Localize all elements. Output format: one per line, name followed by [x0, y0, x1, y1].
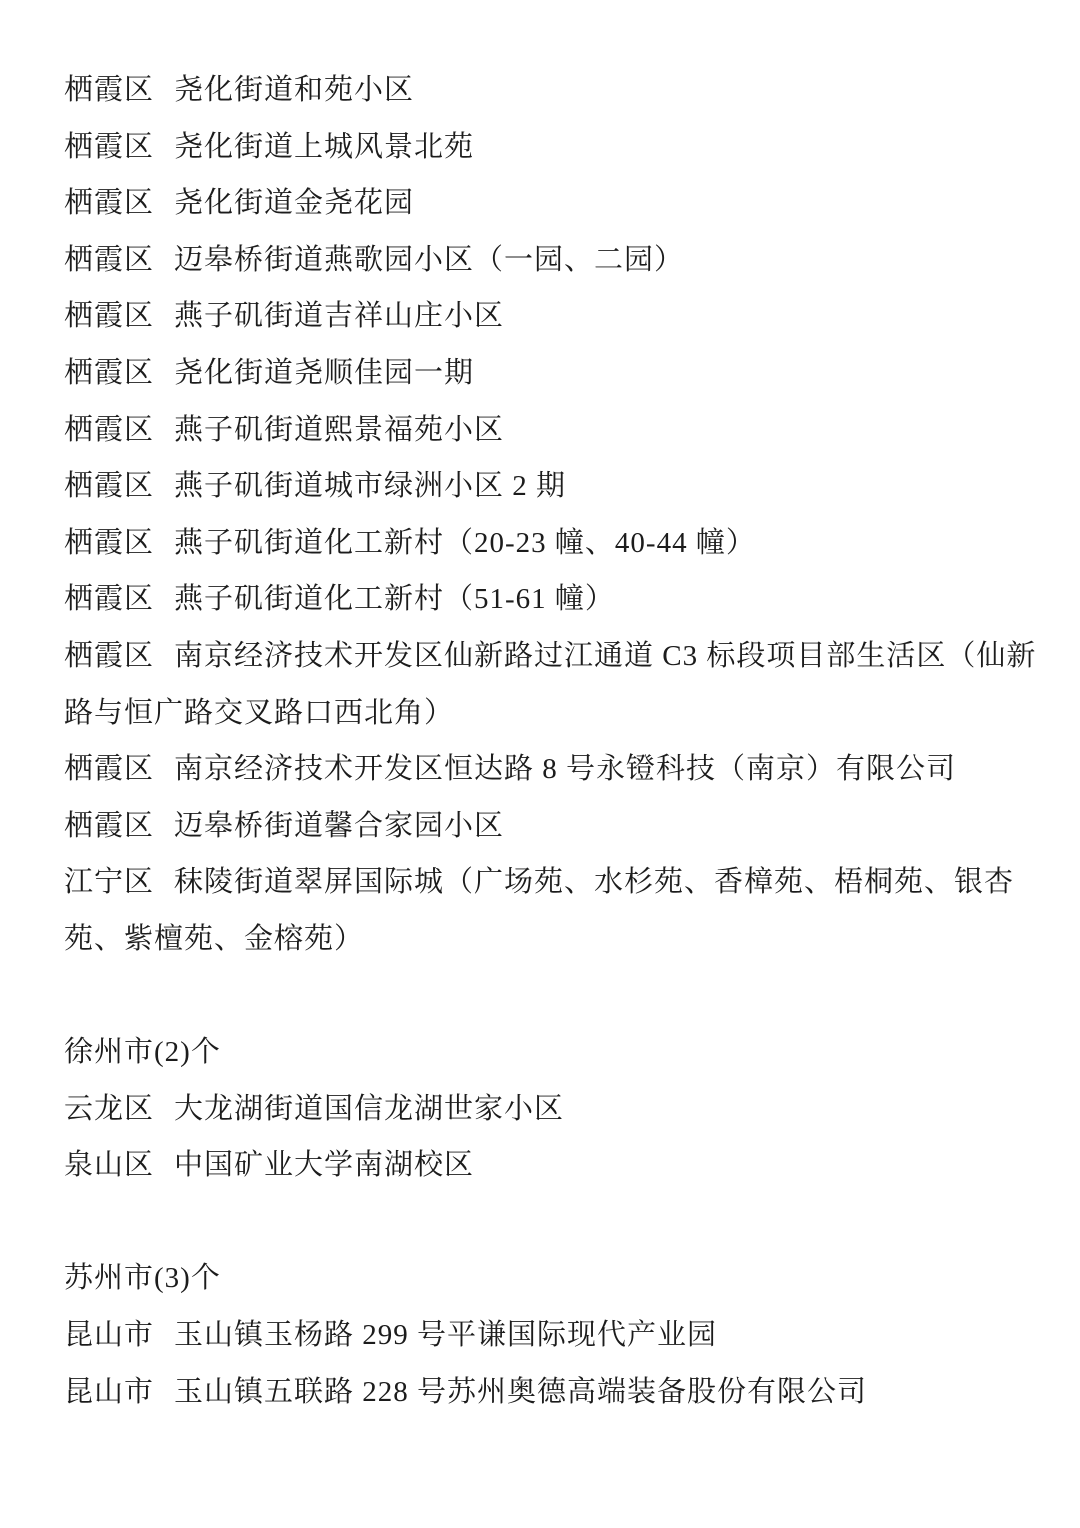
list-entry: 栖霞区尧化街道尧顺佳园一期	[64, 345, 1064, 402]
list-entry: 泉山区中国矿业大学南湖校区	[64, 1137, 1064, 1194]
list-entry: 栖霞区燕子矶街道化工新村（51-61 幢）	[64, 571, 1064, 628]
city-section-suzhou: 苏州市(3)个 昆山市玉山镇玉杨路 299 号平谦国际现代产业园 昆山市玉山镇五…	[64, 1250, 1064, 1420]
district-label: 栖霞区	[64, 414, 154, 446]
location-name: 尧化街道金尧花园	[174, 187, 414, 219]
location-name: 玉山镇五联路 228 号苏州奥德高端装备股份有限公司	[174, 1376, 867, 1408]
city-section-nanjing: 栖霞区尧化街道和苑小区 栖霞区尧化街道上城风景北苑 栖霞区尧化街道金尧花园 栖霞…	[64, 62, 1064, 968]
district-label: 栖霞区	[64, 810, 154, 842]
list-entry: 栖霞区南京经济技术开发区仙新路过江通道 C3 标段项目部生活区（仙新路与恒广路交…	[64, 628, 1064, 741]
district-label: 栖霞区	[64, 300, 154, 332]
district-label: 昆山市	[64, 1376, 154, 1408]
district-label: 昆山市	[64, 1319, 154, 1351]
blank-line	[64, 1194, 1064, 1251]
list-entry: 栖霞区燕子矶街道化工新村（20-23 幢、40-44 幢）	[64, 515, 1064, 572]
city-section-header: 苏州市(3)个	[64, 1250, 1064, 1307]
list-entry: 昆山市玉山镇五联路 228 号苏州奥德高端装备股份有限公司	[64, 1364, 1064, 1421]
district-label: 泉山区	[64, 1149, 154, 1181]
location-name: 尧化街道和苑小区	[174, 74, 414, 106]
city-section-xuzhou: 徐州市(2)个 云龙区大龙湖街道国信龙湖世家小区 泉山区中国矿业大学南湖校区	[64, 1024, 1064, 1194]
location-name: 大龙湖街道国信龙湖世家小区	[174, 1093, 564, 1125]
list-entry: 栖霞区尧化街道金尧花园	[64, 175, 1064, 232]
district-label: 云龙区	[64, 1093, 154, 1125]
location-name: 燕子矶街道城市绿洲小区 2 期	[174, 470, 566, 502]
district-label: 栖霞区	[64, 74, 154, 106]
district-label: 栖霞区	[64, 131, 154, 163]
district-label: 栖霞区	[64, 527, 154, 559]
location-name: 尧化街道尧顺佳园一期	[174, 357, 474, 389]
list-entry: 栖霞区燕子矶街道熙景福苑小区	[64, 402, 1064, 459]
document-page: 栖霞区尧化街道和苑小区 栖霞区尧化街道上城风景北苑 栖霞区尧化街道金尧花园 栖霞…	[0, 0, 1080, 1528]
district-label: 栖霞区	[64, 244, 154, 276]
list-entry: 江宁区秣陵街道翠屏国际城（广场苑、水杉苑、香樟苑、梧桐苑、银杏苑、紫檀苑、金榕苑…	[64, 854, 1064, 967]
location-name: 燕子矶街道吉祥山庄小区	[174, 300, 504, 332]
list-entry: 云龙区大龙湖街道国信龙湖世家小区	[64, 1081, 1064, 1138]
list-entry: 栖霞区南京经济技术开发区恒达路 8 号永镫科技（南京）有限公司	[64, 741, 1064, 798]
location-name: 迈皋桥街道馨合家园小区	[174, 810, 504, 842]
district-label: 栖霞区	[64, 470, 154, 502]
city-section-header: 徐州市(2)个	[64, 1024, 1064, 1081]
district-label: 栖霞区	[64, 640, 154, 672]
district-label: 江宁区	[64, 866, 154, 898]
list-entry: 栖霞区尧化街道和苑小区	[64, 62, 1064, 119]
list-entry: 昆山市玉山镇玉杨路 299 号平谦国际现代产业园	[64, 1307, 1064, 1364]
blank-line	[64, 968, 1064, 1025]
location-name: 燕子矶街道熙景福苑小区	[174, 414, 504, 446]
location-name: 玉山镇玉杨路 299 号平谦国际现代产业园	[174, 1319, 717, 1351]
list-entry: 栖霞区迈皋桥街道馨合家园小区	[64, 798, 1064, 855]
location-name: 南京经济技术开发区恒达路 8 号永镫科技（南京）有限公司	[174, 753, 956, 785]
list-entry: 栖霞区燕子矶街道吉祥山庄小区	[64, 288, 1064, 345]
location-name: 尧化街道上城风景北苑	[174, 131, 474, 163]
location-name: 中国矿业大学南湖校区	[174, 1149, 474, 1181]
district-label: 栖霞区	[64, 357, 154, 389]
list-entry: 栖霞区迈皋桥街道燕歌园小区（一园、二园）	[64, 232, 1064, 289]
list-entry: 栖霞区尧化街道上城风景北苑	[64, 119, 1064, 176]
location-name: 秣陵街道翠屏国际城（广场苑、水杉苑、香樟苑、梧桐苑、银杏苑、紫檀苑、金榕苑）	[64, 866, 1014, 955]
location-name: 迈皋桥街道燕歌园小区（一园、二园）	[174, 244, 684, 276]
location-name: 燕子矶街道化工新村（51-61 幢）	[174, 583, 615, 615]
district-label: 栖霞区	[64, 583, 154, 615]
district-label: 栖霞区	[64, 753, 154, 785]
district-label: 栖霞区	[64, 187, 154, 219]
location-name: 燕子矶街道化工新村（20-23 幢、40-44 幢）	[174, 527, 756, 559]
list-entry: 栖霞区燕子矶街道城市绿洲小区 2 期	[64, 458, 1064, 515]
location-name: 南京经济技术开发区仙新路过江通道 C3 标段项目部生活区（仙新路与恒广路交叉路口…	[64, 640, 1036, 729]
